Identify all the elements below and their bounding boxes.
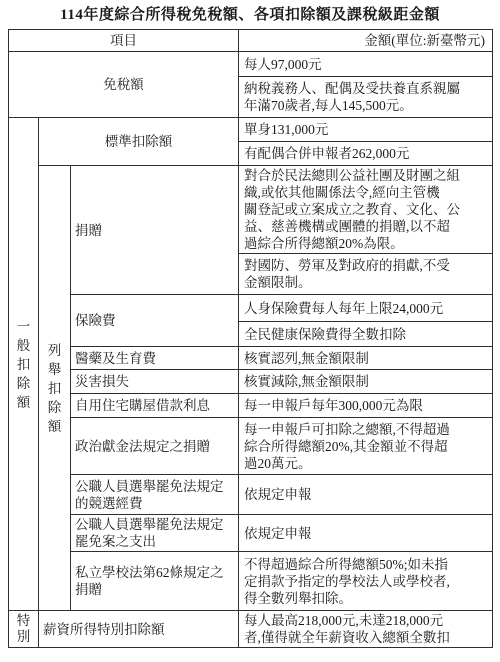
table-header-row: 項目 金額(單位:新臺幣元)	[9, 30, 493, 52]
group-label-itemized-deduction: 列舉扣除額	[39, 166, 71, 611]
row-label-donation: 捐贈	[71, 166, 239, 295]
column-header-amount: 金額(單位:新臺幣元)	[239, 30, 493, 52]
tax-deduction-table: 項目 金額(單位:新臺幣元) 免稅額 每人97,000元 納稅義務人、配偶及受扶…	[8, 29, 493, 648]
group-label-general-deduction: 一般扣除額	[9, 118, 39, 611]
table-row: 私立學校法第62條規定之 捐贈 不得超過綜合所得總額50%;如未指 定捐款予指定…	[9, 552, 493, 611]
table-row: 醫藥及生育費 核實認列,無金額限制	[9, 347, 493, 370]
amount-standard-married: 有配偶合併申報者262,000元	[239, 142, 493, 166]
amount-insurance-health: 全民健康保險費得全數扣除	[239, 322, 493, 347]
row-label-private-school-donation: 私立學校法第62條規定之 捐贈	[71, 552, 239, 611]
amount-private-school-donation: 不得超過綜合所得總額50%;如未指 定捐款予指定的學校法人或學校者, 得全數列舉…	[239, 552, 493, 611]
table-row: 自用住宅購屋借款利息 每一申報戶每年300,000元為限	[9, 394, 493, 418]
amount-standard-single: 單身131,000元	[239, 118, 493, 142]
document-page: 114年度綜合所得稅免稅額、各項扣除額及課稅級距金額 項目 金額(單位:新臺幣元…	[0, 0, 500, 662]
row-label-recall-expense: 公職人員選舉罷免法規定 罷免案之支出	[71, 515, 239, 552]
row-label-political-donation: 政治獻金法規定之捐贈	[71, 418, 239, 475]
amount-donation-general: 對合於民法總則公益社團及財團之組 織,或依其他關係法令,經向主管機 關登記或立案…	[239, 166, 493, 254]
amount-exemption-age70: 納稅義務人、配偶及受扶養直系親屬 年滿70歲者,每人145,500元。	[239, 77, 493, 118]
amount-medical: 核實認列,無金額限制	[239, 347, 493, 370]
row-label-exemption: 免稅額	[9, 52, 239, 118]
row-label-insurance: 保險費	[71, 295, 239, 347]
table-row: 公職人員選舉罷免法規定 的競選經費 依規定申報	[9, 475, 493, 515]
table-row: 災害損失 核實減除,無金額限制	[9, 370, 493, 394]
table-row: 政治獻金法規定之捐贈 每一申報戶可扣除之總額,不得超過 綜合所得總額20%,其金…	[9, 418, 493, 475]
table-row: 一般扣除額 標準扣除額 單身131,000元	[9, 118, 493, 142]
row-label-salary-deduction: 薪資所得特別扣除額	[39, 611, 239, 648]
table-row: 免稅額 每人97,000元	[9, 52, 493, 77]
group-label-special-deduction: 特別	[9, 611, 39, 648]
amount-salary-deduction: 每人最高218,000元,未達218,000元 者,僅得就全年薪資收入總額全數扣	[239, 611, 493, 648]
amount-exemption-per-person: 每人97,000元	[239, 52, 493, 77]
table-row: 公職人員選舉罷免法規定 罷免案之支出 依規定申報	[9, 515, 493, 552]
amount-mortgage-interest: 每一申報戶每年300,000元為限	[239, 394, 493, 418]
amount-insurance-life: 人身保險費每人每年上限24,000元	[239, 295, 493, 322]
row-label-standard-deduction: 標準扣除額	[39, 118, 239, 166]
amount-political-donation: 每一申報戶可扣除之總額,不得超過 綜合所得總額20%,其金額並不得超 過20萬元…	[239, 418, 493, 475]
row-label-disaster-loss: 災害損失	[71, 370, 239, 394]
column-header-item: 項目	[9, 30, 239, 52]
amount-campaign-expense: 依規定申報	[239, 475, 493, 515]
page-title: 114年度綜合所得稅免稅額、各項扣除額及課稅級距金額	[0, 0, 500, 23]
row-label-mortgage-interest: 自用住宅購屋借款利息	[71, 394, 239, 418]
row-label-campaign-expense: 公職人員選舉罷免法規定 的競選經費	[71, 475, 239, 515]
amount-donation-government: 對國防、勞軍及對政府的捐獻,不受 金額限制。	[239, 254, 493, 295]
row-label-medical: 醫藥及生育費	[71, 347, 239, 370]
amount-disaster-loss: 核實減除,無金額限制	[239, 370, 493, 394]
table-row: 特別 薪資所得特別扣除額 每人最高218,000元,未達218,000元 者,僅…	[9, 611, 493, 648]
amount-recall-expense: 依規定申報	[239, 515, 493, 552]
table-row: 列舉扣除額 捐贈 對合於民法總則公益社團及財團之組 織,或依其他關係法令,經向主…	[9, 166, 493, 254]
table-row: 保險費 人身保險費每人每年上限24,000元	[9, 295, 493, 322]
